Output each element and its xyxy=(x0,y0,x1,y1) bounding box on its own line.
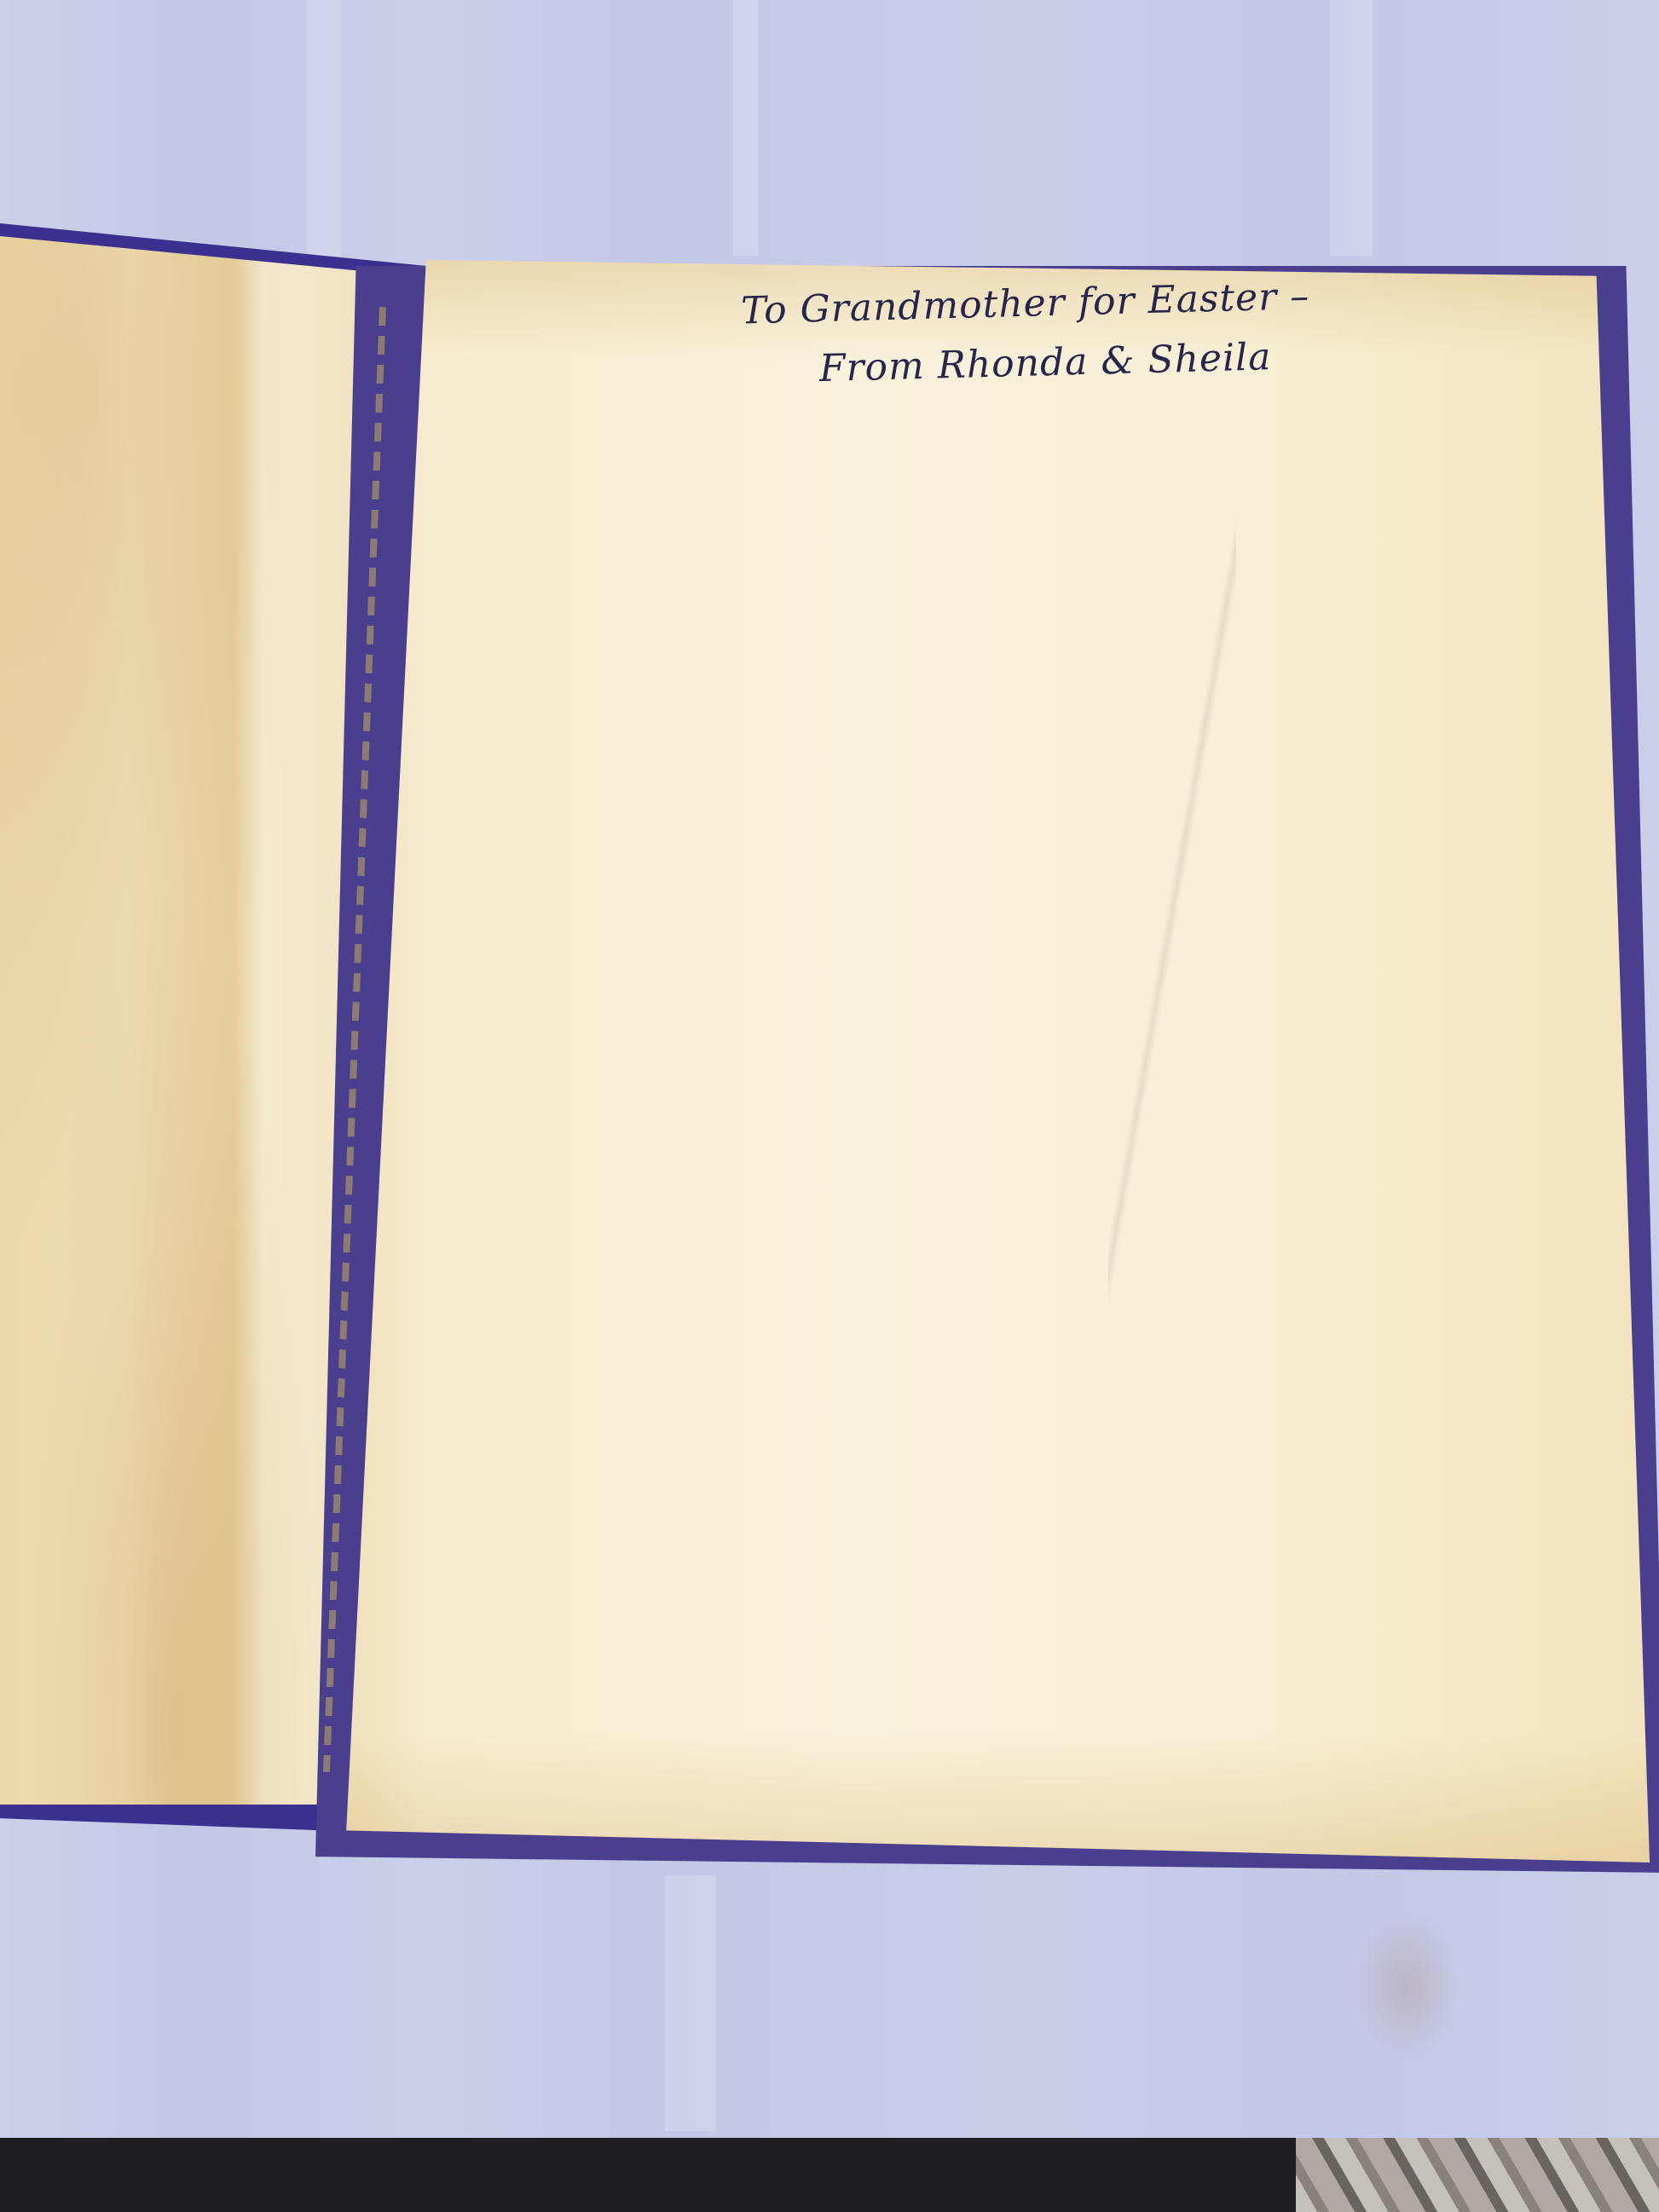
cloth-fold xyxy=(1330,0,1373,256)
page-crease xyxy=(1108,401,1236,1424)
tablecloth-background: To Grandmother for Easter – From Rhonda … xyxy=(0,0,1659,2212)
handwritten-inscription: To Grandmother for Easter – From Rhonda … xyxy=(740,264,1425,401)
page-stain xyxy=(320,260,1650,1863)
cloth-fold xyxy=(665,1875,716,2131)
cloth-fold xyxy=(733,0,759,256)
cloth-fold xyxy=(307,0,341,256)
fur-rug xyxy=(1296,2138,1659,2212)
